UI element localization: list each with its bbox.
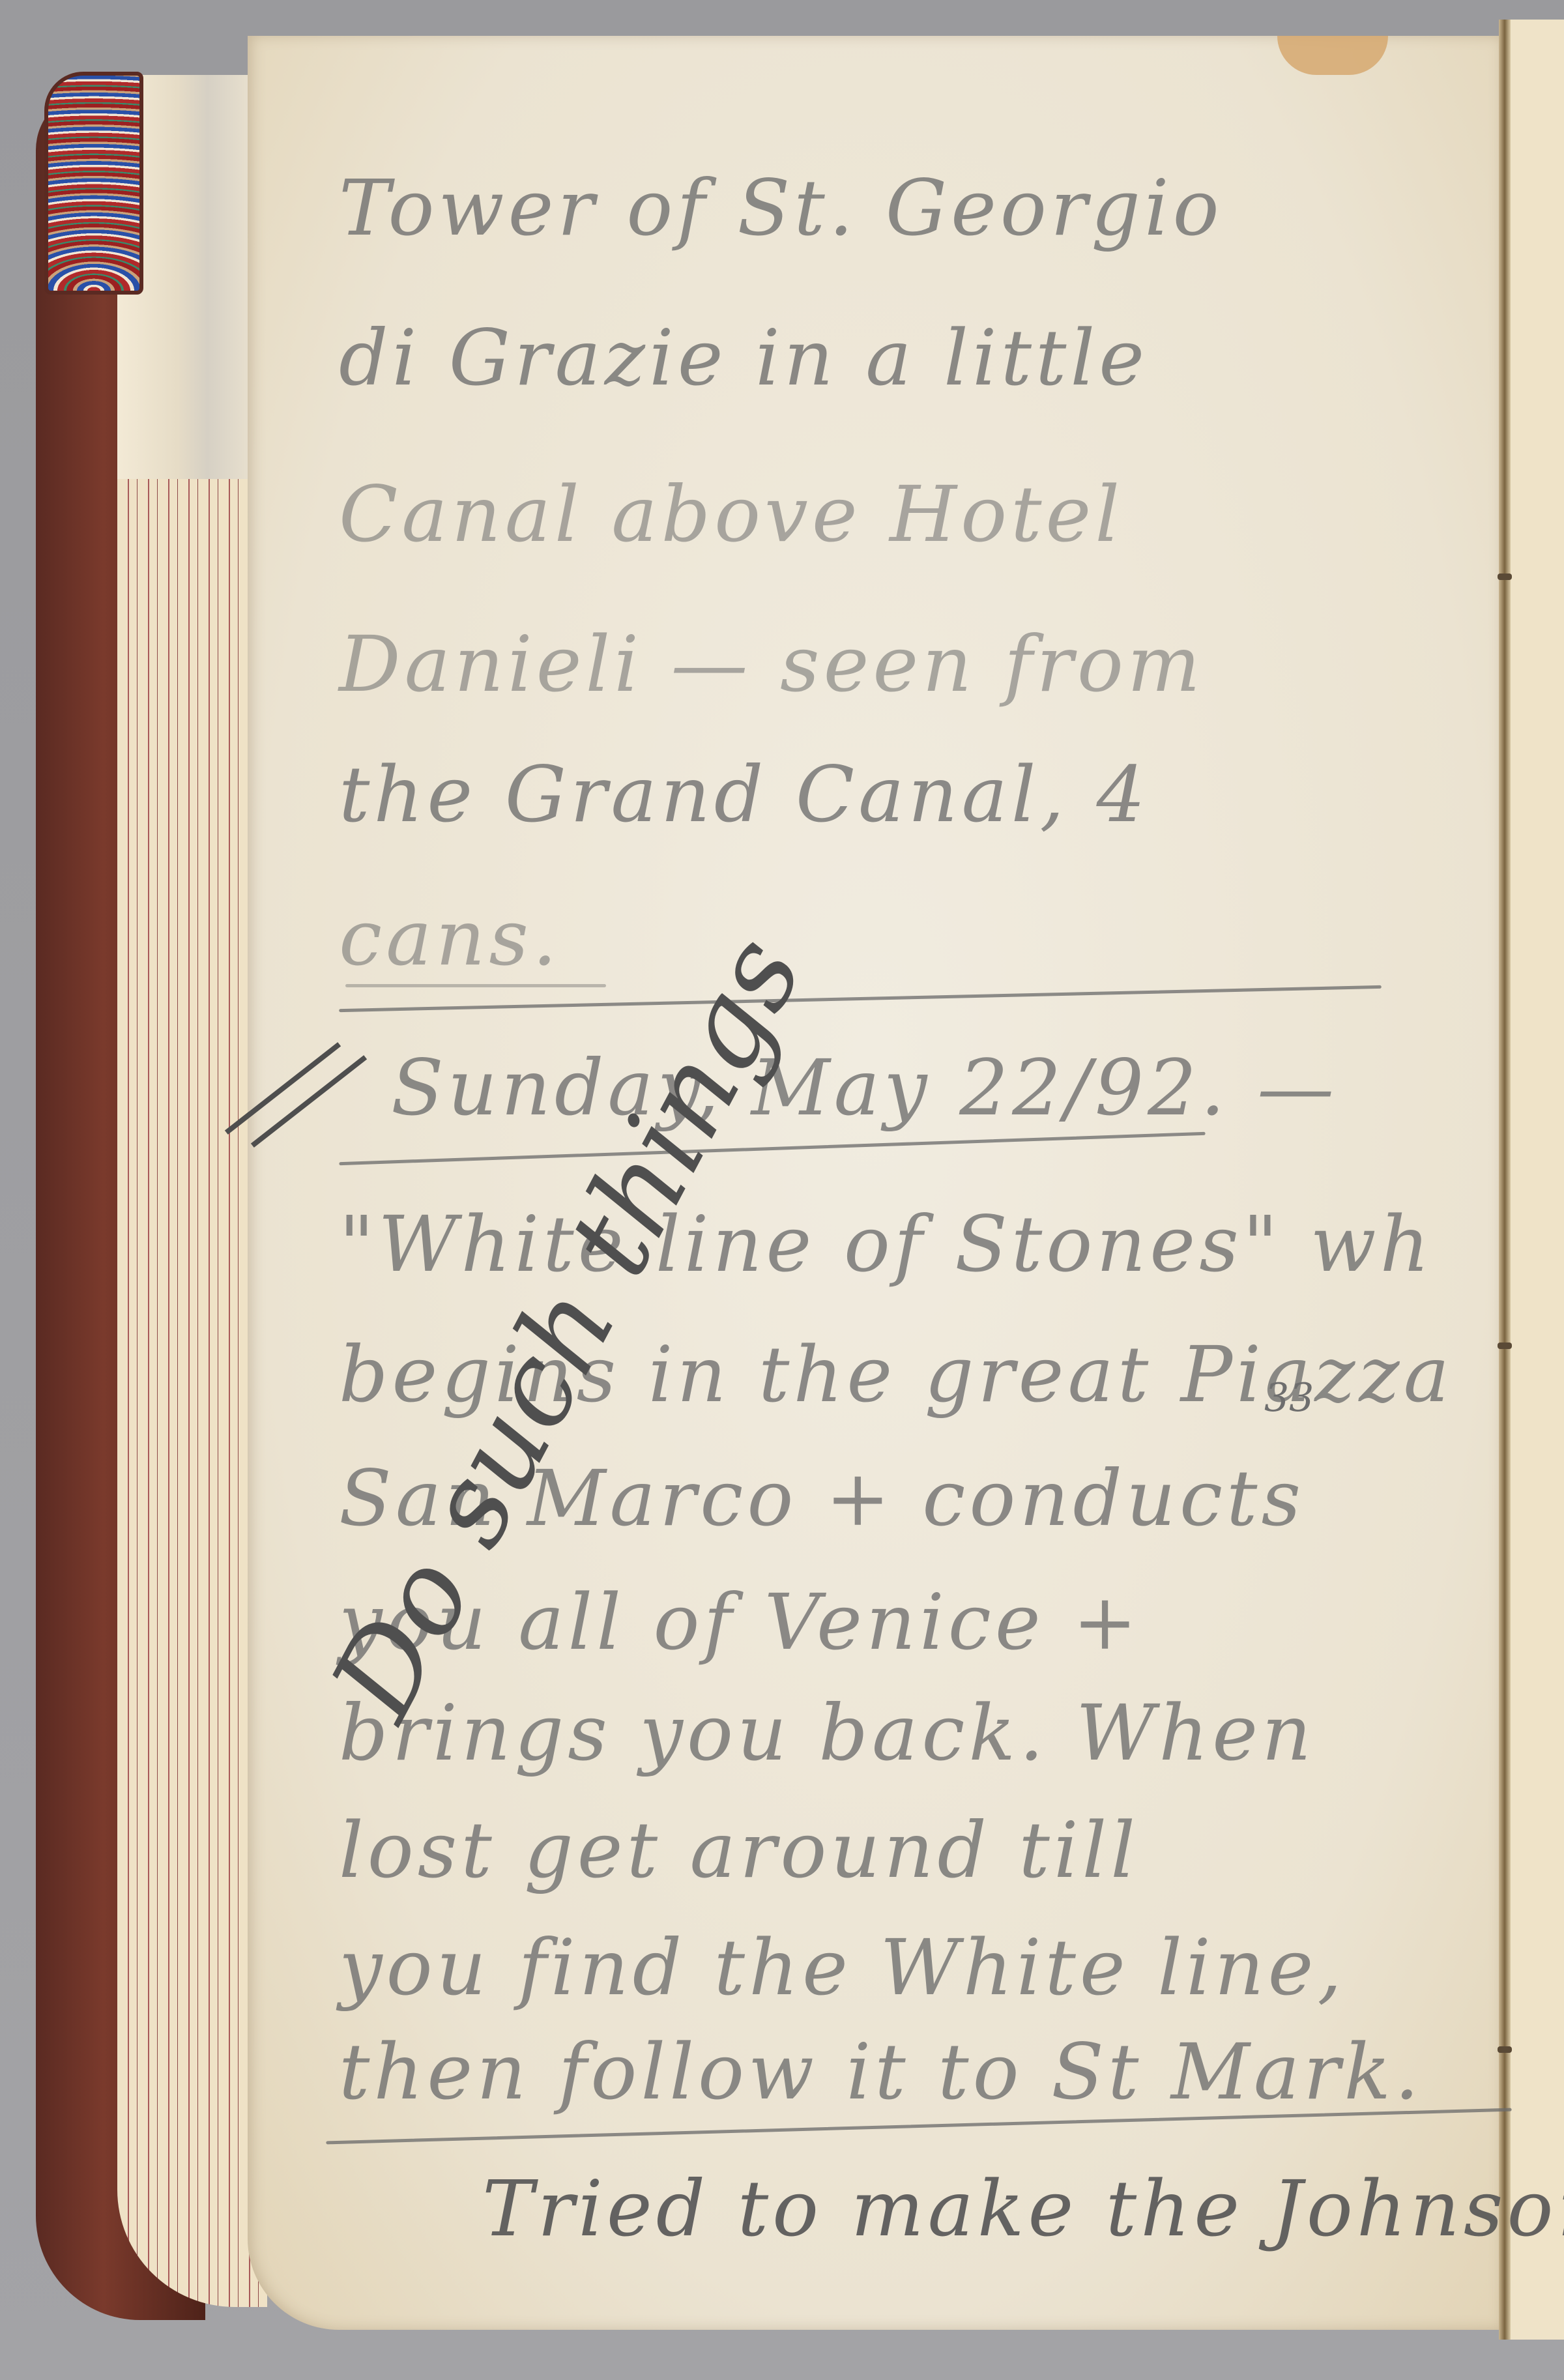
binding-stitch	[1498, 1342, 1512, 1349]
entry-1-line: di Grazie in a little	[339, 313, 1148, 403]
entry-2-date-heading: Sunday, May 22/92. —	[391, 1043, 1338, 1133]
binding-stitch	[1498, 573, 1512, 580]
entry-2-line: you find the White line,	[339, 1923, 1346, 2012]
book-gutter	[1499, 20, 1511, 2340]
entry-2-line: lost get around till	[339, 1805, 1139, 1895]
entry-2-line: "White line of Stones" wh	[339, 1199, 1434, 1289]
facing-page-edge	[1511, 20, 1564, 2340]
entry-1-line: Canal above Hotel	[339, 469, 1123, 559]
margin-number: 33	[1264, 1375, 1314, 1421]
entry-1-line: Tower of St. Georgio	[339, 163, 1223, 253]
entry-3-line: Tried to make the Johnsons,	[482, 2164, 1564, 2254]
entry-1-line: the Grand Canal, 4	[339, 749, 1150, 839]
marbled-endpaper	[44, 72, 143, 295]
binding-stitch	[1498, 2046, 1512, 2053]
entry-1-line: Danieli — seen from	[339, 619, 1204, 709]
underline	[345, 984, 606, 987]
entry-1-line: cans.	[339, 893, 561, 983]
entry-2-line: brings you back. When	[339, 1688, 1315, 1778]
entry-2-line: then follow it to St Mark.	[339, 2027, 1423, 2117]
